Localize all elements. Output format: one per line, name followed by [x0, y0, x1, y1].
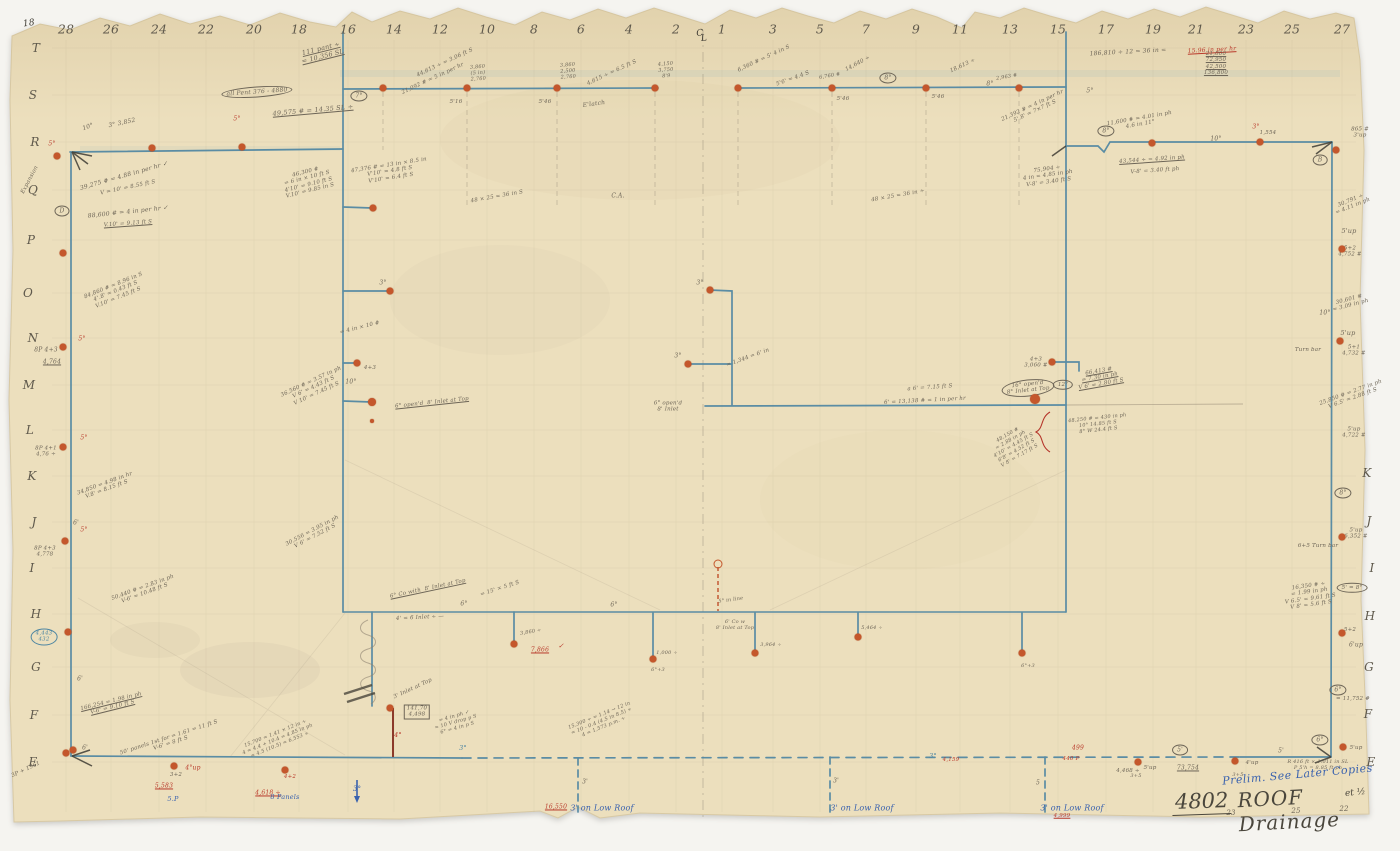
handwritten-annotation: 30,556 = 3.95 in ph V 6' = 7.52 ft S [285, 514, 343, 553]
handwritten-annotation: 8 Panels [270, 794, 299, 802]
roof-drain-dot [554, 85, 561, 92]
handwritten-annotation: 3,860 (5 in) 2,760 [470, 65, 487, 84]
handwritten-annotation: = 4 in ph ✓ = 10 V drop p S 6° = 4 in p … [433, 709, 480, 738]
roof-drain-dot [54, 153, 61, 160]
handwritten-annotation: 1,000 ÷ [656, 651, 678, 657]
handwritten-annotation: 73,754 [1177, 764, 1199, 771]
roof-drain-dot [1340, 744, 1347, 751]
roof-drain-dot [829, 85, 836, 92]
handwritten-annotation: 6° [610, 601, 617, 608]
grid-column-number: 22 [198, 23, 214, 38]
handwritten-annotation: 34,850 = 4.98 in hr V.8' = 8.15 ft S [76, 471, 135, 503]
roof-drain-dot [923, 85, 930, 92]
handwritten-annotation: = 4 in × 10 # [339, 320, 380, 336]
grid-row-letter-left: G [31, 660, 41, 674]
handwritten-annotation: 186,810 ÷ 12 = 36 in = [1089, 46, 1166, 57]
grid-row-letter-left: L [26, 423, 34, 437]
handwritten-annotation: 8° [1334, 487, 1351, 498]
grid-column-number: 9 [912, 23, 920, 38]
handwritten-annotation: 5'up 4,722 # [1342, 427, 1366, 440]
grid-column-number: 23 [1238, 23, 1254, 38]
handwritten-annotation: 8° [1097, 125, 1114, 136]
roof-drain-dot [752, 650, 759, 657]
handwritten-annotation: 18,613 ÷ [949, 57, 976, 74]
handwritten-annotation: 4°up [185, 764, 200, 771]
grid-row-letter-left: F [30, 708, 39, 722]
handwritten-annotation: 3° [459, 745, 467, 753]
grid-row-letter-left: O [23, 286, 33, 300]
roof-drain-dot [60, 250, 67, 257]
handwritten-annotation: 18 [22, 18, 35, 30]
handwritten-annotation: 3,860 ÷ [520, 628, 542, 638]
roof-drain-dot [464, 85, 471, 92]
roof-drain-dot [370, 419, 374, 423]
grid-row-letter-left: I [30, 561, 35, 575]
handwritten-annotation: 3' on Low Roof [830, 803, 893, 812]
handwritten-annotation: 5° [1086, 87, 1093, 94]
roof-drain-dot [354, 360, 361, 367]
handwritten-annotation: 8P 4+3 [34, 346, 58, 353]
handwritten-annotation: 4' = 6 Inlet ÷ — [396, 614, 444, 623]
handwritten-annotation: ✓ [558, 642, 564, 650]
grid-column-number: 5 [816, 23, 824, 38]
handwritten-annotation: 48,150 # = 2.88 in ph 4'10' = 4.45 ft S … [987, 422, 1040, 470]
grid-column-number: 15 [1050, 23, 1066, 38]
handwritten-annotation: 5'up 6,352 # [1344, 528, 1368, 541]
roof-drain-dot [1257, 139, 1264, 146]
roof-drain-dot [370, 205, 377, 212]
grid-column-number: 17 [1098, 23, 1114, 38]
handwritten-annotation: = 1,344 = 6' in [726, 347, 771, 369]
grid-row-letter-right: F [1364, 707, 1373, 721]
handwritten-annotation: 6° [1311, 734, 1328, 745]
handwritten-annotation: 5° [78, 335, 85, 342]
grid-row-letter-right: G [1364, 660, 1374, 674]
handwritten-annotation: 3' on Low Roof [1040, 803, 1103, 812]
handwritten-annotation: 141,70 4,498 [404, 705, 430, 720]
roof-drain-dot [380, 85, 387, 92]
drawing-title-suffix: et ½ [1345, 787, 1366, 799]
grid-column-number: 11 [952, 23, 968, 38]
handwritten-annotation: 6+5 Turn bar [1298, 543, 1338, 549]
grid-column-number: 6 [577, 23, 585, 38]
handwritten-annotation: 5 [1036, 779, 1040, 786]
handwritten-annotation: 2,963 # [996, 73, 1018, 83]
roof-drain-dot [1337, 338, 1344, 345]
handwritten-annotation: 5'up [1144, 765, 1157, 771]
handwritten-annotation: = 15' × 5 ft S [480, 580, 521, 599]
handwritten-annotation: 3° [929, 753, 937, 761]
handwritten-annotation: 10° [1210, 135, 1221, 142]
handwritten-annotation: 4,764 [43, 358, 61, 365]
roof-drain-dot [65, 629, 72, 636]
handwritten-annotation: 6' Co w 8' Inlet at Top [716, 620, 754, 632]
handwritten-annotation: 8° [879, 72, 896, 83]
handwritten-annotation: 8° [986, 80, 993, 87]
handwritten-annotation: 5'up [1341, 228, 1356, 236]
handwritten-annotation: 166,254 = 1.98 in ph V-6' = 9.10 ft S [80, 691, 144, 719]
handwritten-annotation: 6°+3 [1021, 664, 1035, 670]
handwritten-annotation: 3' [582, 778, 588, 785]
handwritten-annotation: 3,860 2,500 2,760 [560, 63, 577, 82]
handwritten-annotation: 5'46 [539, 99, 552, 105]
handwritten-annotation: 5° [80, 434, 87, 441]
handwritten-annotation: 5' [1278, 747, 1284, 754]
roof-drain-dot [368, 398, 376, 406]
grid-row-letter-left: R [30, 135, 39, 149]
handwritten-annotation: 16° open'd 8° Inlet at Top [1001, 377, 1055, 399]
roof-drain-dot [149, 145, 156, 152]
handwritten-annotation: 4+3 3,060 # [1024, 357, 1048, 370]
roof-drain-dot [1049, 359, 1056, 366]
grid-row-letter-left: N [28, 331, 39, 345]
grid-column-number: 20 [246, 23, 262, 38]
grid-column-number: 7 [862, 23, 870, 38]
handwritten-annotation: 8P 4+1 4,76 ÷ [35, 446, 57, 459]
handwritten-annotation: V-8' = 3.40 ft ph [1130, 166, 1179, 176]
roof-drain-dot [282, 767, 289, 774]
grid-column-number: 24 [151, 23, 167, 38]
grid-row-letter-right: J [1366, 514, 1371, 528]
handwritten-annotation: 5'16 [450, 99, 463, 105]
grid-column-number: 8 [530, 23, 538, 38]
grid-column-number: 13 [1002, 23, 1018, 38]
handwritten-annotation: 5° [233, 115, 240, 122]
grid-row-letter-right: K [1362, 466, 1371, 480]
grid-column-number: 2 [672, 23, 680, 38]
handwritten-annotation: 75,904 ÷ 4 in = 4.85 in ph V-8' = 3.40 f… [1022, 163, 1074, 189]
handwritten-annotation: 5.P [167, 796, 178, 804]
handwritten-annotation: 5' = 8° [1337, 583, 1368, 593]
handwritten-annotation: 4,443 432 [31, 629, 58, 646]
handwritten-annotation: 5'46 [837, 96, 850, 102]
roof-drain-dot [62, 538, 69, 545]
roof-drain-dot [171, 763, 178, 770]
handwritten-annotation: 6° open'd 8' Inlet at Top [395, 396, 469, 410]
handwritten-annotation: 50,440 # = 2.83 in ph V-6' = 10.48 ft S [111, 574, 177, 609]
roof-drain-dot [1019, 650, 1026, 657]
handwritten-annotation: 6,760 # [819, 72, 841, 82]
roof-drain-dot [60, 444, 67, 451]
handwritten-annotation: = 11,752 # [1336, 696, 1370, 702]
roof-drain-dot [1339, 534, 1346, 541]
roof-drain-dot [685, 361, 692, 368]
handwritten-annotation: 16,550 [545, 803, 567, 810]
grid-column-number: 16 [340, 23, 356, 38]
grid-row-letter-left: T [32, 41, 40, 55]
grid-column-number: 28 [58, 23, 74, 38]
grid-row-letter-left: S [29, 88, 37, 102]
handwritten-annotation: B [1313, 154, 1328, 165]
handwritten-annotation: 84,860 # = 8.96 in S 4'.8' = 0.43 ft S V… [83, 271, 148, 312]
handwritten-annotation: 865 # 3'up [1351, 127, 1369, 140]
grid-column-number: 3 [769, 23, 777, 38]
roof-drain-dot [1030, 394, 1040, 404]
handwritten-annotation: 4,150 3,750 8'9 [658, 62, 675, 81]
handwritten-annotation: 48,250 # = 430 in ph 10° 14.85 ft S 8° W… [1068, 413, 1128, 437]
handwritten-annotation: 5° [48, 140, 55, 147]
handwritten-annotation: 3' Inlet at Top [393, 677, 434, 701]
handwritten-annotation: 46,300 # = 6 in × 10 ft S 4'10' = 9.10 f… [281, 163, 335, 200]
roof-drain-dot [1016, 85, 1023, 92]
handwritten-annotation: 3° [1252, 123, 1259, 130]
roof-drain-dot [511, 641, 518, 648]
roof-drain-dot [1232, 758, 1239, 765]
handwritten-annotation: C.A. [611, 192, 624, 199]
handwritten-annotation: 5'up [1350, 745, 1363, 751]
roof-drain-dot [855, 634, 862, 641]
handwritten-annotation: 4,615 ÷ = 6.5 ft S [586, 59, 638, 88]
grid-column-number: 21 [1188, 23, 1204, 38]
handwritten-annotation: 5'46 [932, 94, 945, 100]
handwritten-annotation: 3° 3,852 [108, 117, 136, 130]
handwritten-annotation: 6' [77, 675, 83, 682]
handwritten-annotation: 11,600 # = 4.01 in ph 4.6 in 11° [1106, 110, 1173, 134]
handwritten-annotation: 6° Co with 8' Inlet at Top [390, 578, 467, 600]
handwritten-annotation: 6° [1329, 684, 1346, 695]
handwritten-annotation: 6'up [1349, 641, 1363, 648]
handwritten-annotation: 4'up [1246, 760, 1259, 766]
grid-column-number: 10 [479, 23, 495, 38]
handwritten-annotation: 15,300 ÷ = 1.14 → 12 in = 10 - 0.4 (4.5 … [568, 701, 636, 742]
handwritten-annotation: 5+1 4,732 # [1342, 345, 1366, 358]
handwritten-annotation: 4+3 [364, 365, 376, 371]
grid-column-number: 26 [103, 23, 119, 38]
handwritten-annotation: D [54, 205, 69, 216]
handwritten-annotation: 5'up [1340, 330, 1355, 338]
handwritten-annotation: L [700, 33, 707, 44]
handwritten-annotation: 49,575 # = 14.35 SL ÷ [272, 104, 353, 119]
roof-drain-dot [239, 144, 246, 151]
handwritten-annotation: 5,583 [155, 782, 173, 789]
handwritten-annotation: 6° open'd 8' Inlet [654, 401, 682, 414]
roof-drain-dot [1339, 246, 1346, 253]
roof-drain-dot [70, 747, 77, 754]
handwritten-annotation: 14,640 ÷ [844, 55, 871, 73]
grid-column-number: 14 [386, 23, 402, 38]
roof-drain-dot [652, 85, 659, 92]
handwritten-annotation: 111 pant ÷ = 10,356 SL [299, 40, 345, 65]
handwritten-annotation: 6° [460, 600, 467, 607]
handwritten-annotation: 3+5 [1130, 774, 1141, 780]
drawing-title: ROOF Drainage [1237, 780, 1400, 836]
grid-row-letter-left: E [29, 755, 38, 769]
handwritten-annotation: 36,560 # = 3.57 in ph V 6' = 4.43 ft S V… [280, 365, 348, 411]
handwritten-annotation: 4,159 [943, 757, 960, 763]
handwritten-annotation: 48 × 25 = 36 in S [470, 189, 523, 205]
grid-row-letter-right: H [1365, 609, 1376, 623]
grid-column-number: 27 [1334, 23, 1350, 38]
handwritten-annotation: 3' [833, 777, 839, 784]
handwritten-annotation: 30,791 ÷ = 4.11 in ph [1332, 191, 1371, 217]
roof-drain-dot [60, 344, 67, 351]
roof-drain-dot-hollow [714, 560, 723, 569]
handwritten-annotation: 3° [696, 279, 703, 286]
handwritten-annotation: 3,964 ÷ [760, 643, 782, 649]
roof-drain-dot [1135, 759, 1142, 766]
handwritten-annotation: 4,999 [1054, 813, 1071, 819]
grid-row-letter-left: J [31, 515, 36, 529]
roof-drain-dot [707, 287, 714, 294]
handwritten-annotation: 3° [674, 352, 681, 359]
handwritten-annotation: Turn bar [1295, 347, 1321, 353]
roof-drain-dot [1333, 147, 1340, 154]
handwritten-annotation: E'latch [582, 99, 605, 109]
handwritten-annotation: V.10' = 9.13 ft S [104, 219, 153, 229]
grid-row-letter-left: H [31, 607, 42, 621]
handwritten-annotation: 5° [80, 526, 87, 533]
roof-drain-dot [387, 288, 394, 295]
grid-column-number: 19 [1145, 23, 1161, 38]
handwritten-annotation: 25,850 # = 2.77 in ph V 6.5' = 2.88 ft S [1319, 379, 1385, 414]
handwritten-annotation: 15,700 = 1.41 × 12 in ÷ 4 = 4.4 + 10.4 =… [240, 718, 316, 763]
handwritten-annotation: 21,000 72,950 42,500 136,800 [1204, 51, 1228, 77]
roof-drain-dot [63, 750, 70, 757]
handwritten-annotation: 43,544 ÷ = 4.92 in ph [1119, 154, 1185, 165]
handwritten-annotation: 10° [82, 122, 95, 132]
handwritten-annotation: 3' on Low Roof [570, 803, 633, 812]
grid-row-letter-left: K [27, 469, 36, 483]
grid-row-letter-left: P [27, 233, 35, 247]
handwritten-annotation: 66,413 # = 7.30 in ph V 6' = 2.80 ft S [1076, 364, 1124, 391]
handwritten-annotation: 21,392 # = 4 in per hr 5'.8' = 7×7 ft S [1001, 89, 1068, 129]
drawing-number: 4802 [1172, 788, 1232, 816]
handwritten-annotation: 47,376 # = 13 in × 8.5 in V'10' = 4.8 ft… [351, 156, 430, 187]
grid-column-number: 12 [432, 23, 448, 38]
handwritten-annotation: 6' = 13,138 # = 1 in per hr [884, 396, 966, 407]
grid-column-number: 4 [625, 23, 633, 38]
handwritten-annotation: 48 × 25 = 36 in ÷ [871, 188, 925, 204]
handwritten-annotation: 7,866 [531, 646, 549, 653]
handwritten-annotation: 10° [1319, 309, 1330, 316]
handwritten-annotation: 8P 4+3 4,778 [34, 546, 56, 559]
handwritten-annotation: 7° [350, 90, 367, 101]
handwritten-annotation: all Pent 376 - 4880 [221, 84, 293, 100]
handwritten-annotation: 6°+3 [651, 668, 665, 674]
handwritten-annotation: 5+2 [1344, 627, 1356, 633]
handwritten-annotation: 499 [1072, 744, 1084, 751]
handwritten-annotation: 30,601 # = 3.09 in ph [1331, 292, 1370, 314]
drawing-sheet: 18CL111 pant ÷ = 10,356 SL49,575 # = 14.… [0, 0, 1400, 851]
grid-row-letter-left: M [23, 378, 36, 392]
handwritten-annotation: a 6' = 7.15 ft S [907, 383, 952, 393]
grid-column-number: 1 [718, 23, 726, 38]
grid-column-number: 25 [1284, 23, 1300, 38]
grid-row-letter-left: Q [28, 183, 38, 197]
roof-drain-dot [1339, 630, 1346, 637]
handwritten-annotation: 440 P [1063, 756, 1080, 762]
handwritten-annotation: 4° [394, 732, 402, 740]
grid-row-letter-right: I [1370, 561, 1375, 575]
roof-drain-dot [735, 85, 742, 92]
handwritten-annotation: 6,360 # = 5' 4 in S [737, 44, 791, 74]
handwritten-annotation: 5'6' = 4.4 S [776, 70, 811, 88]
annotation-layer: 18CL111 pant ÷ = 10,356 SL49,575 # = 14.… [0, 0, 1400, 851]
handwritten-annotation: 5' [1172, 744, 1188, 755]
handwritten-annotation: 1,554 [1260, 130, 1277, 136]
handwritten-annotation: 50' panels 1st for = 1.61 = 11 ft S V-6'… [119, 719, 220, 763]
handwritten-annotation: 3° [353, 785, 361, 793]
handwritten-annotation: 6' [82, 744, 88, 751]
handwritten-annotation: 16,350 # ÷ = 1.99 in ph V 6.5' = 9.61 ft… [1283, 580, 1338, 613]
handwritten-annotation: 5,464 ÷ [861, 626, 883, 632]
handwritten-annotation: 4+2 [284, 774, 296, 780]
roof-drain-dot [650, 656, 657, 663]
handwritten-annotation: 88,600 # = 4 in per hr ✓ [87, 204, 168, 219]
roof-drain-dot [1149, 140, 1156, 147]
handwritten-annotation: 3° [379, 279, 386, 286]
grid-column-number: 18 [291, 23, 307, 38]
roof-drain-dot [387, 705, 394, 712]
handwritten-annotation: 3+2 [170, 772, 182, 778]
handwritten-annotation: 6' [73, 519, 79, 526]
handwritten-annotation: 12° [1053, 380, 1073, 390]
handwritten-annotation: 5° in line [718, 596, 744, 605]
